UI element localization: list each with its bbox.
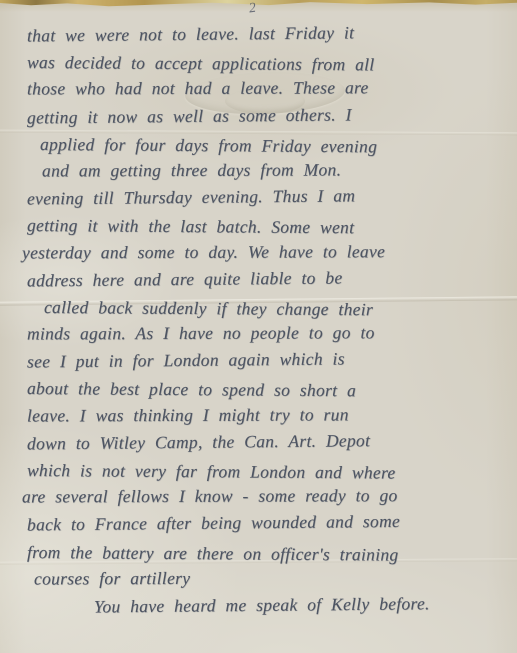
handwritten-line: leave. I was thinking I might try to run [27, 400, 517, 429]
torn-paper-edge [0, 0, 517, 8]
handwritten-line: see I put in for London again which is [27, 344, 517, 376]
handwritten-line: down to Witley Camp, the Can. Art. Depot [27, 426, 517, 458]
letter-page: 2 that we were not to leave. last Friday… [0, 0, 517, 653]
handwritten-line: back to France after being wounded and s… [27, 507, 517, 539]
handwritten-line: evening till Thursday evening. Thus I am [27, 181, 517, 213]
handwritten-line: those who had not had a leave. These are [27, 74, 517, 103]
handwritten-line: getting it now as well as some others. I [27, 99, 517, 131]
handwritten-line: You have heard me speak of Kelly before. [94, 589, 517, 620]
handwritten-line: courses for artillery [34, 564, 517, 593]
handwritten-line: yesterday and some to day. We have to le… [22, 237, 517, 266]
handwritten-line: minds again. As I have no people to go t… [27, 319, 517, 348]
handwritten-line: that we were not to leave. last Friday i… [27, 18, 517, 50]
letter-body: that we were not to leave. last Friday i… [0, 22, 517, 620]
handwritten-line: and am getting three days from Mon. [42, 156, 517, 185]
handwritten-line: address here and are quite liable to be [27, 262, 517, 294]
